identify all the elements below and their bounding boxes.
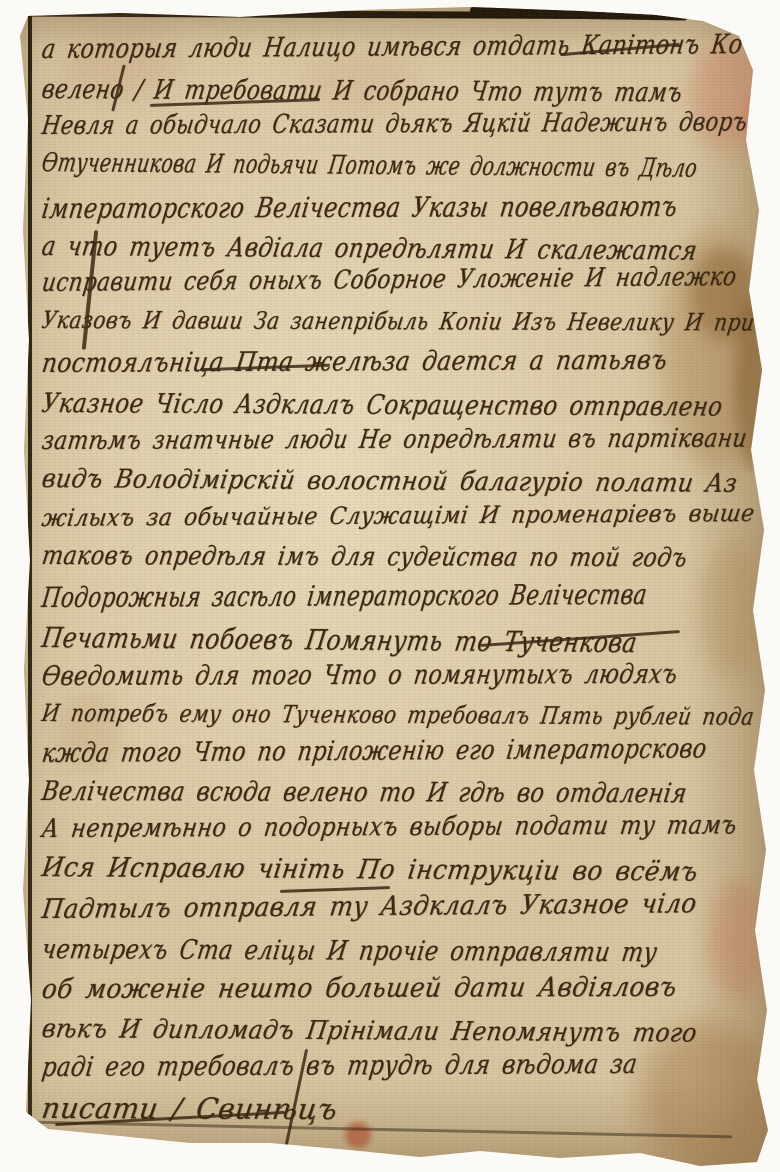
manuscript-text-line: Ися Исправлю чініть По інструкціи во всё… (40, 852, 700, 888)
scan-background: а которыя люди Налицо имѣвся отдать Капі… (0, 0, 780, 1172)
manuscript-text-line: затѣмъ знатчные люди Не опредѣляти въ па… (40, 424, 749, 456)
manuscript-text-line: вѣкъ И дипломадъ Прінімали Непомянутъ то… (40, 1014, 699, 1049)
manuscript-text-line: писати / Свинѣцъ (40, 1091, 340, 1126)
ruled-margin-line-left (28, 13, 32, 1129)
manuscript-text-line: Печатьми побоевъ Помянуть то Тученкова (40, 621, 640, 659)
manuscript-text-line: Ѳтученникова И подьячи Потомъ же должнос… (40, 148, 699, 184)
red-tick-bottom-left (22, 1122, 40, 1130)
manuscript-text-line: исправити себя оныхъ Соборное Уложеніе И… (40, 262, 738, 298)
manuscript-paper: а которыя люди Налицо имѣвся отдать Капі… (0, 0, 780, 1172)
manuscript-text-line: Указовъ И давши За занепрібыль Копіи Изъ… (40, 306, 756, 336)
manuscript-text-line: Подорожныя засѣло імператорского Велічес… (40, 578, 649, 614)
manuscript-text-line: об моженіе нешто большей дати Авдіяловъ (40, 972, 679, 1005)
manuscript-text-line: видъ Володімірскій волостной балагуріо п… (40, 464, 739, 499)
manuscript-text-line: постоялъніца Пта желѣза дается а патьявъ (40, 345, 669, 379)
manuscript-text-line: четырехъ Ста еліцы И прочіе отправляти т… (40, 934, 660, 968)
manuscript-text-line: Указное Чісло Аздклалъ Сокращенство отпр… (40, 388, 725, 423)
manuscript-text-line: жілыхъ за обычайные Служащімі И променар… (40, 499, 756, 532)
manuscript-text-line: а которыя люди Налицо имѣвся отдать Капі… (40, 29, 745, 65)
manuscript-text-line: таковъ опредѣля імъ для судейства по той… (40, 541, 689, 573)
manuscript-text-line: кжда того Что по пріложенію его імперато… (40, 733, 709, 769)
manuscript-text-line: И потребъ ему оно Тученково требовалъ Пя… (40, 699, 756, 731)
manuscript-text: а которыя люди Налицо имѣвся отдать Капі… (42, 0, 760, 1172)
manuscript-text-line: раді его требовалъ въ трудѣ для вѣдома з… (40, 1049, 639, 1083)
manuscript-text-line: А непремѣнно о подорныхъ выборы подати т… (40, 810, 739, 844)
manuscript-text-line: Ѳведомить для того Что о помянутыхъ людя… (40, 659, 680, 692)
manuscript-text-line: велено / И требовати И собрано Что тутъ … (40, 74, 685, 108)
manuscript-text-line: а что туетъ Авдіала опредѣляти И скалежа… (40, 231, 699, 267)
manuscript-text-line: Падтылъ отправля ту Аздклалъ Указное чіл… (40, 888, 699, 925)
manuscript-text-line: Велічества всюда велено то И гдѣ во отда… (40, 776, 689, 809)
manuscript-text-line: імператорского Велічества Указы повелѣва… (40, 190, 680, 225)
manuscript-text-line: Невля а обыдчало Сказати дьякъ Яцкій Над… (40, 107, 749, 141)
